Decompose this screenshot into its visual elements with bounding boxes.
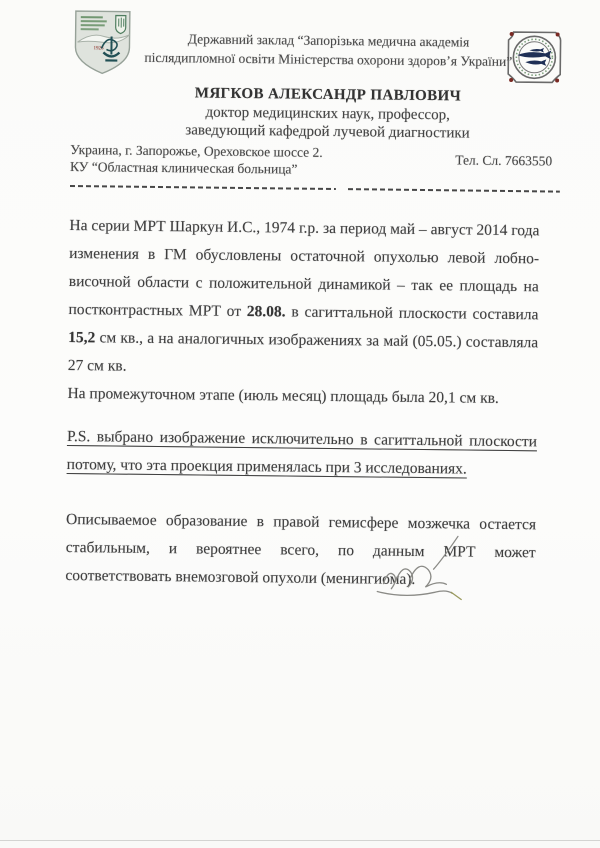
findings-text-mid: в сагиттальной плоскости составила: [286, 303, 539, 323]
dashed-separator: [70, 185, 560, 193]
separator-segment-right: [348, 188, 560, 192]
handwritten-signature: [345, 531, 506, 609]
address-block: Украина, г. Запорожье, Ореховское шоссе …: [70, 141, 323, 178]
contact-row: Украина, г. Запорожье, Ореховское шоссе …: [70, 141, 552, 180]
page-content: 1926: [0, 0, 600, 848]
paragraph-mri-findings: На серии МРТ Шаркун И.С., 1974 г.р. за п…: [68, 212, 540, 385]
doctor-name-block: МЯГКОВ АЛЕКСАНДР ПАВЛОВИЧ доктор медицин…: [68, 82, 587, 144]
scanned-letter-page: 1926: [0, 0, 600, 848]
address-line-2: КУ “Областная клиническая больница”: [70, 158, 323, 178]
separator-segment-left: [70, 185, 336, 190]
findings-text-end: см кв., а на аналогичных изображениях за…: [68, 329, 538, 374]
paragraph-interim-stage: На промежуточном этапе (июль месяц) площ…: [67, 380, 537, 413]
signature-scribble: [345, 531, 506, 609]
separator-gap: [336, 188, 348, 190]
findings-area-bold: 15,2: [68, 329, 95, 346]
organization-header: Державний заклад “Запорізька медична ака…: [69, 28, 587, 72]
paragraph-postscript-underlined: P.S. выбрано изображение исключительно в…: [67, 423, 538, 484]
findings-date-bold: 28.08.: [247, 303, 286, 320]
phone-number: Тел. Сл. 7663550: [455, 151, 552, 169]
